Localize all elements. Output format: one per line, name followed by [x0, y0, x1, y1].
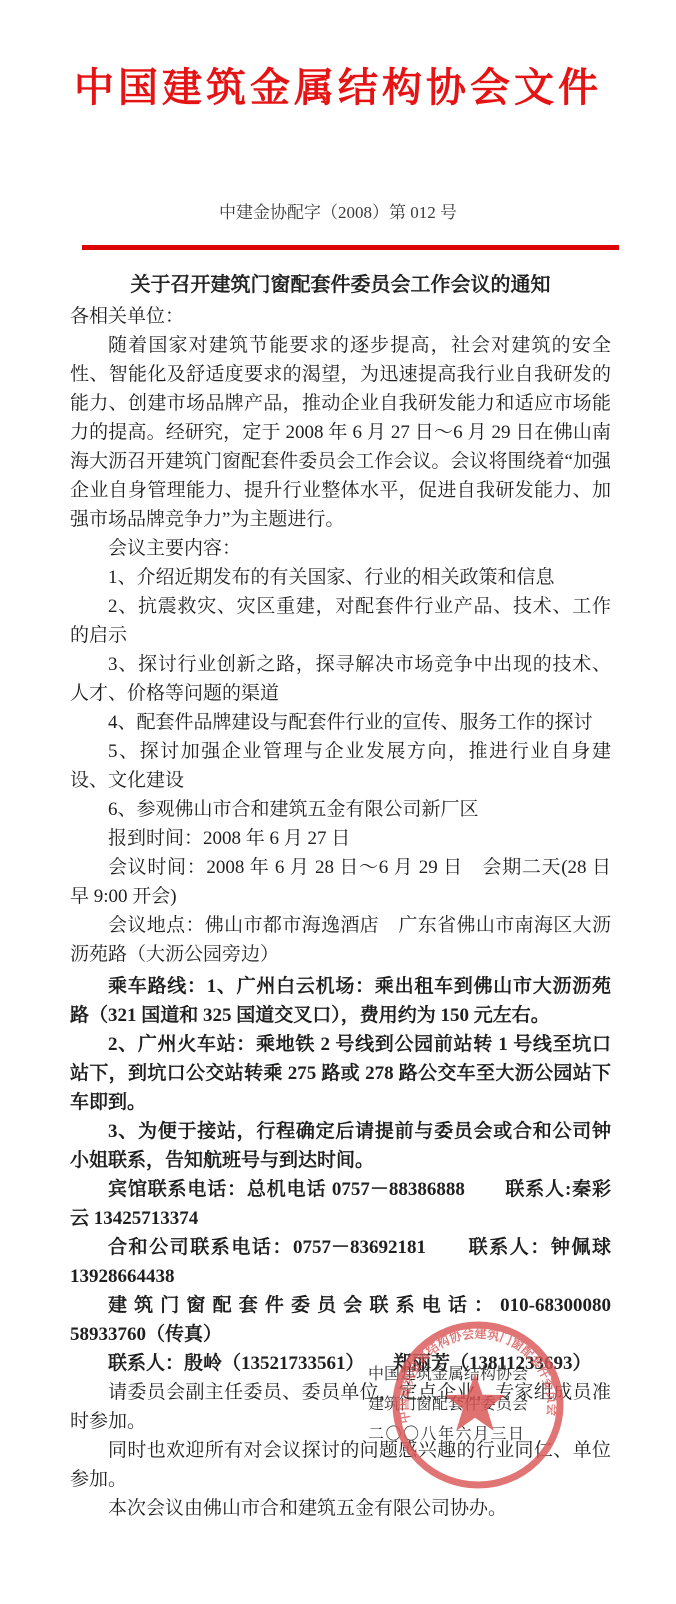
agenda-item: 4、配套件品牌建设与配套件行业的宣传、服务工作的探讨	[70, 708, 611, 737]
doc-number: 中建金协配字（2008）第 012 号	[0, 202, 676, 224]
contact-committee: 建筑门窗配套件委员会联系电话：010-68300080 58933760（传真）	[70, 1291, 611, 1349]
directions-airport: 乘车路线：1、广州白云机场：乘出租车到佛山市大沥沥苑路（321 国道和 325 …	[70, 972, 611, 1030]
agenda-heading: 会议主要内容：	[70, 534, 611, 563]
document-page: 中国建筑金属结构协会文件 中建金协配字（2008）第 012 号 关于召开建筑门…	[0, 0, 676, 1604]
contacts-section: 宾馆联系电话：总机电话 0757－88386888 联系人:秦彩云 134257…	[70, 1175, 611, 1378]
org-title: 中国建筑金属结构协会文件	[0, 64, 676, 112]
directions-railway: 2、广州火车站：乘地铁 2 号线到公园前站转 1 号线至坑口站下，到坑口公交站转…	[70, 1030, 611, 1117]
closing-line: 本次会议由佛山市合和建筑五金有限公司协办。	[70, 1494, 611, 1523]
red-divider	[82, 245, 619, 250]
contact-hehe-company: 合和公司联系电话：0757－83692181 联系人：钟佩球 139286644…	[70, 1233, 611, 1291]
signature-block: 中国建筑金属结构协会 建筑门窗配套件委员会 二〇〇八年六月三日	[368, 1360, 568, 1450]
salutation: 各相关单位：	[70, 302, 611, 331]
notice-title: 关于召开建筑门窗配套件委员会工作会议的通知	[70, 272, 611, 298]
document-content: 关于召开建筑门窗配套件委员会工作会议的通知 各相关单位： 随着国家对建筑节能要求…	[0, 245, 676, 1523]
signature-date: 二〇〇八年六月三日	[368, 1420, 568, 1450]
contact-hotel: 宾馆联系电话：总机电话 0757－88386888 联系人:秦彩云 134257…	[70, 1175, 611, 1233]
notice-body: 各相关单位： 随着国家对建筑节能要求的逐步提高，社会对建筑的安全性、智能化及舒适…	[70, 302, 611, 1523]
schedule-venue: 会议地点：佛山市都市海逸酒店 广东省佛山市南海区大沥沥苑路（大沥公园旁边）	[70, 911, 611, 969]
agenda-item: 2、抗震救灾、灾区重建，对配套件行业产品、技术、工作的启示	[70, 592, 611, 650]
agenda-item: 3、探讨行业创新之路，探寻解决市场竞争中出现的技术、人才、价格等问题的渠道	[70, 650, 611, 708]
signature-org-line1: 中国建筑金属结构协会	[368, 1360, 568, 1390]
agenda-item: 6、参观佛山市合和建筑五金有限公司新厂区	[70, 795, 611, 824]
signature-org-line2: 建筑门窗配套件委员会	[368, 1390, 568, 1420]
agenda-item: 5、探讨加强企业管理与企业发展方向，推进行业自身建设、文化建设	[70, 737, 611, 795]
schedule-meeting-time: 会议时间：2008 年 6 月 28 日～6 月 29 日 会期二天(28 日早…	[70, 853, 611, 911]
intro-paragraph: 随着国家对建筑节能要求的逐步提高，社会对建筑的安全性、智能化及舒适度要求的渴望，…	[70, 331, 611, 534]
schedule-checkin: 报到时间：2008 年 6 月 27 日	[70, 824, 611, 853]
directions-section: 乘车路线：1、广州白云机场：乘出租车到佛山市大沥沥苑路（321 国道和 325 …	[70, 972, 611, 1175]
directions-pickup: 3、为便于接站，行程确定后请提前与委员会或合和公司钟小姐联系，告知航班号与到达时…	[70, 1117, 611, 1175]
agenda-item: 1、介绍近期发布的有关国家、行业的相关政策和信息	[70, 563, 611, 592]
